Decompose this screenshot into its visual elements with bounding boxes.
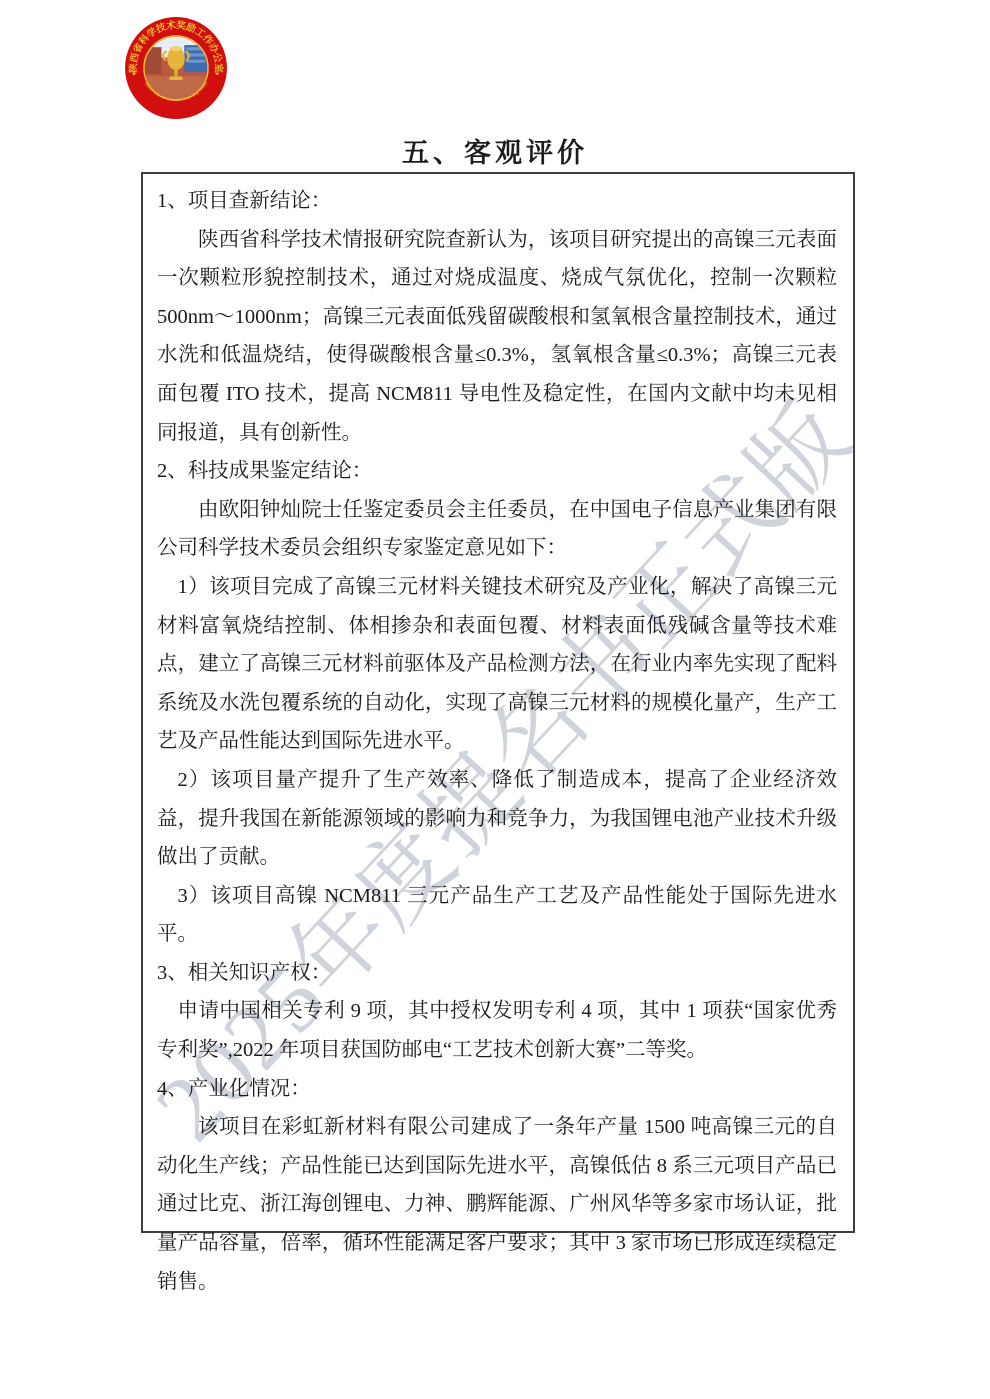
evaluation-table: 1、项目查新结论： 陕西省科学技术情报研究院查新认为，该项目研究提出的高镍三元表… (141, 172, 855, 1233)
org-seal-logo: 陕西省科学技术奖励工作办公室 Shaanxi Office Of Science… (124, 16, 228, 120)
page-title: 五、客观评价 (0, 131, 990, 170)
section-2-heading: 2、科技成果鉴定结论： (157, 452, 837, 491)
section-1-paragraph: 陕西省科学技术情报研究院查新认为，该项目研究提出的高镍三元表面一次颗粒形貌控制技… (157, 221, 837, 453)
section-3-paragraph: 申请中国相关专利 9 项，其中授权发明专利 4 项，其中 1 项获“国家优秀专利… (157, 992, 837, 1069)
seal-icon: 陕西省科学技术奖励工作办公室 Shaanxi Office Of Science… (124, 16, 228, 120)
trophy-photo (145, 37, 207, 99)
section-4-paragraph: 该项目在彩虹新材料有限公司建成了一条年产量 1500 吨高镍三元的自动化生产线；… (157, 1108, 837, 1301)
section-4-heading: 4、产业化情况： (157, 1070, 837, 1109)
document-page: 2025年度提名书正式版 (0, 0, 990, 1399)
section-2-item-3: 3）该项目高镍 NCM811 三元产品生产工艺及产品性能处于国际先进水平。 (157, 877, 837, 954)
section-3-heading: 3、相关知识产权： (157, 954, 837, 993)
section-2-item-1: 1）该项目完成了高镍三元材料关键技术研究及产业化，解决了高镍三元材料富氧烧结控制… (157, 568, 837, 761)
section-2-paragraph: 由欧阳钟灿院士任鉴定委员会主任委员，在中国电子信息产业集团有限公司科学技术委员会… (157, 491, 837, 568)
star-icon: ★ (131, 70, 137, 77)
star-icon: ★ (214, 70, 220, 77)
section-1-heading: 1、项目查新结论： (157, 182, 837, 221)
section-2-item-2: 2）该项目量产提升了生产效率、降低了制造成本，提高了企业经济效益，提升我国在新能… (157, 761, 837, 877)
